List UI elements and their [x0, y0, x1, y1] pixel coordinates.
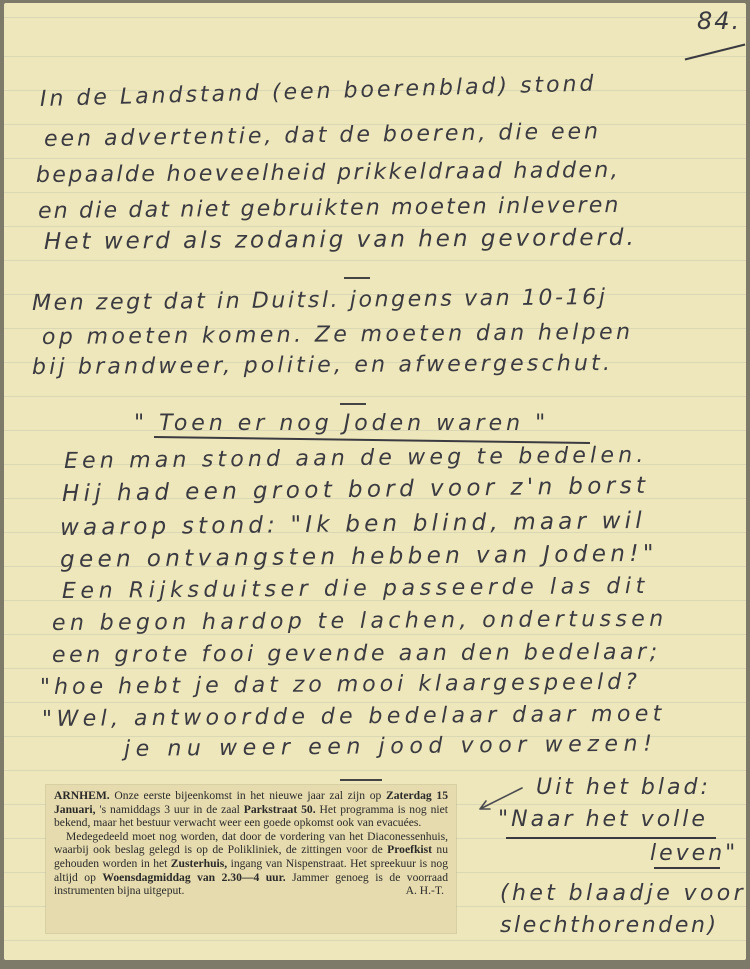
handwritten-line: "Wel, antwoordde de bedelaar daar moet [42, 702, 666, 732]
clipping-bold: Proefkist [387, 843, 432, 856]
newspaper-clipping: ARNHEM. Onze eerste bijeenkomst in het n… [46, 785, 456, 933]
handwritten-line: op moeten komen. Ze moeten dan helpen [42, 320, 634, 350]
note-underline [506, 837, 716, 839]
handwritten-line: "Naar het volle [498, 807, 708, 832]
handwritten-line: Men zegt dat in Duitsl. jongens van 10-1… [32, 285, 608, 316]
clipping-venue: Parkstraat 50. [244, 803, 316, 816]
clipping-bold: Woensdagmiddag van 2.30—4 uur. [102, 871, 285, 884]
handwritten-line: een grote fooi gevende aan den bedelaar; [52, 640, 661, 668]
handwritten-line: Het werd als zodanig van hen gevorderd. [44, 225, 637, 255]
handwritten-line: Een Rijksduitser die passeerde las dit [62, 574, 649, 604]
story-title-underline [154, 436, 590, 444]
handwritten-line: je nu weer een jood voor wezen! [124, 731, 658, 762]
clipping-text: Onze eerste bijeenkomst in het nieuwe ja… [110, 789, 386, 802]
handwritten-line: waarop stond: "Ik ben blind, maar wil [60, 508, 646, 541]
story-title: " Toen er nog Joden waren " [134, 411, 549, 436]
handwritten-line: geen ontvangsten hebben van Joden!" [60, 541, 658, 573]
clipping-signature: A. H.-T. [394, 884, 444, 898]
handwritten-line: Een man stond aan de weg te bedelen. [64, 443, 648, 474]
section-divider [340, 403, 366, 405]
handwritten-line: Hij had een groot bord voor z'n borst [62, 473, 650, 507]
page-number: 84. [697, 7, 741, 35]
handwritten-line: bepaalde hoeveelheid prikkeldraad hadden… [36, 158, 620, 188]
handwritten-line: (het blaadje voor [500, 881, 746, 906]
handwritten-line: bij brandweer, politie, en afweergeschut… [32, 351, 613, 380]
diary-page: 84. In de Landstand (een boerenblad) sto… [4, 3, 746, 960]
clipping-bold: Zusterhuis, [171, 857, 227, 870]
handwritten-line: In de Landstand (een boerenblad) stond [40, 71, 597, 112]
handwritten-line: leven" [650, 841, 738, 866]
handwritten-line: "hoe hebt je dat zo mooi klaargespeeld? [40, 670, 641, 700]
clipping-place: ARNHEM. [54, 789, 110, 802]
handwritten-line: en die dat niet gebruikten moeten inleve… [38, 193, 621, 224]
handwritten-line: en begon hardop te lachen, ondertussen [52, 607, 668, 636]
clipping-text: 's namiddags 3 uur in de zaal [96, 803, 244, 816]
section-divider [340, 779, 382, 781]
handwritten-line: Uit het blad: [536, 775, 711, 800]
clipping-paragraph-1: ARNHEM. Onze eerste bijeenkomst in het n… [54, 789, 448, 830]
section-divider [344, 277, 370, 279]
page-number-underline [685, 44, 746, 61]
handwritten-line: een advertentie, dat de boeren, die een [44, 119, 601, 152]
clipping-paragraph-2: Medegedeeld moet nog worden, dat door de… [54, 830, 448, 898]
handwritten-line: slechthorenden) [500, 913, 719, 938]
note-underline [654, 867, 720, 869]
